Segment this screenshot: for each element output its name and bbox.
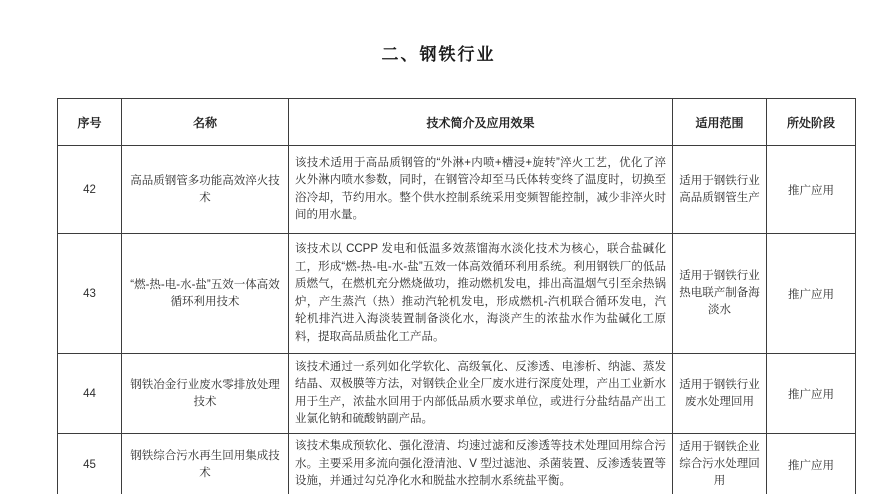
col-header-serial: 序号 — [58, 99, 122, 146]
table-row: 43 “燃-热-电-水-盐”五效一体高效循环利用技术 该技术以 CCPP 发电和… — [58, 234, 856, 354]
cell-stage: 推广应用 — [767, 354, 856, 434]
cell-description: 该技术适用于高品质钢管的“外淋+内喷+槽浸+旋转”淬火工艺，优化了淬火外淋内喷水… — [289, 146, 673, 234]
cell-name: 钢铁综合污水再生回用集成技术 — [122, 434, 289, 494]
cell-description: 该技术集成预软化、强化澄清、均速过滤和反渗透等技术处理回用综合污水。主要采用多流… — [289, 434, 673, 494]
cell-scope: 适用于钢铁行业废水处理回用 — [673, 354, 767, 434]
col-header-description: 技术简介及应用效果 — [289, 99, 673, 146]
cell-serial: 43 — [58, 234, 122, 354]
col-header-scope: 适用范围 — [673, 99, 767, 146]
cell-serial: 45 — [58, 434, 122, 494]
col-header-name: 名称 — [122, 99, 289, 146]
cell-scope: 适用于钢铁企业综合污水处理回用 — [673, 434, 767, 494]
cell-scope: 适用于钢铁行业热电联产制备海淡水 — [673, 234, 767, 354]
cell-serial: 44 — [58, 354, 122, 434]
cell-stage: 推广应用 — [767, 146, 856, 234]
table-row: 45 钢铁综合污水再生回用集成技术 该技术集成预软化、强化澄清、均速过滤和反渗透… — [58, 434, 856, 494]
cell-name: “燃-热-电-水-盐”五效一体高效循环利用技术 — [122, 234, 289, 354]
col-header-stage: 所处阶段 — [767, 99, 856, 146]
cell-description: 该技术通过一系列如化学软化、高级氧化、反渗透、电渗析、纳滤、蒸发结晶、双极膜等方… — [289, 354, 673, 434]
cell-name: 钢铁冶金行业废水零排放处理技术 — [122, 354, 289, 434]
cell-scope: 适用于钢铁行业高品质钢管生产 — [673, 146, 767, 234]
section-title: 二、钢铁行业 — [0, 40, 877, 65]
cell-description: 该技术以 CCPP 发电和低温多效蒸馏海水淡化技术为核心，联合盐碱化工，形成“燃… — [289, 234, 673, 354]
table-header-row: 序号 名称 技术简介及应用效果 适用范围 所处阶段 — [58, 99, 856, 146]
table-row: 44 钢铁冶金行业废水零排放处理技术 该技术通过一系列如化学软化、高级氧化、反渗… — [58, 354, 856, 434]
technology-table: 序号 名称 技术简介及应用效果 适用范围 所处阶段 42 高品质钢管多功能高效淬… — [57, 98, 856, 494]
cell-name: 高品质钢管多功能高效淬火技术 — [122, 146, 289, 234]
cell-stage: 推广应用 — [767, 234, 856, 354]
table-row: 42 高品质钢管多功能高效淬火技术 该技术适用于高品质钢管的“外淋+内喷+槽浸+… — [58, 146, 856, 234]
cell-stage: 推广应用 — [767, 434, 856, 494]
cell-serial: 42 — [58, 146, 122, 234]
